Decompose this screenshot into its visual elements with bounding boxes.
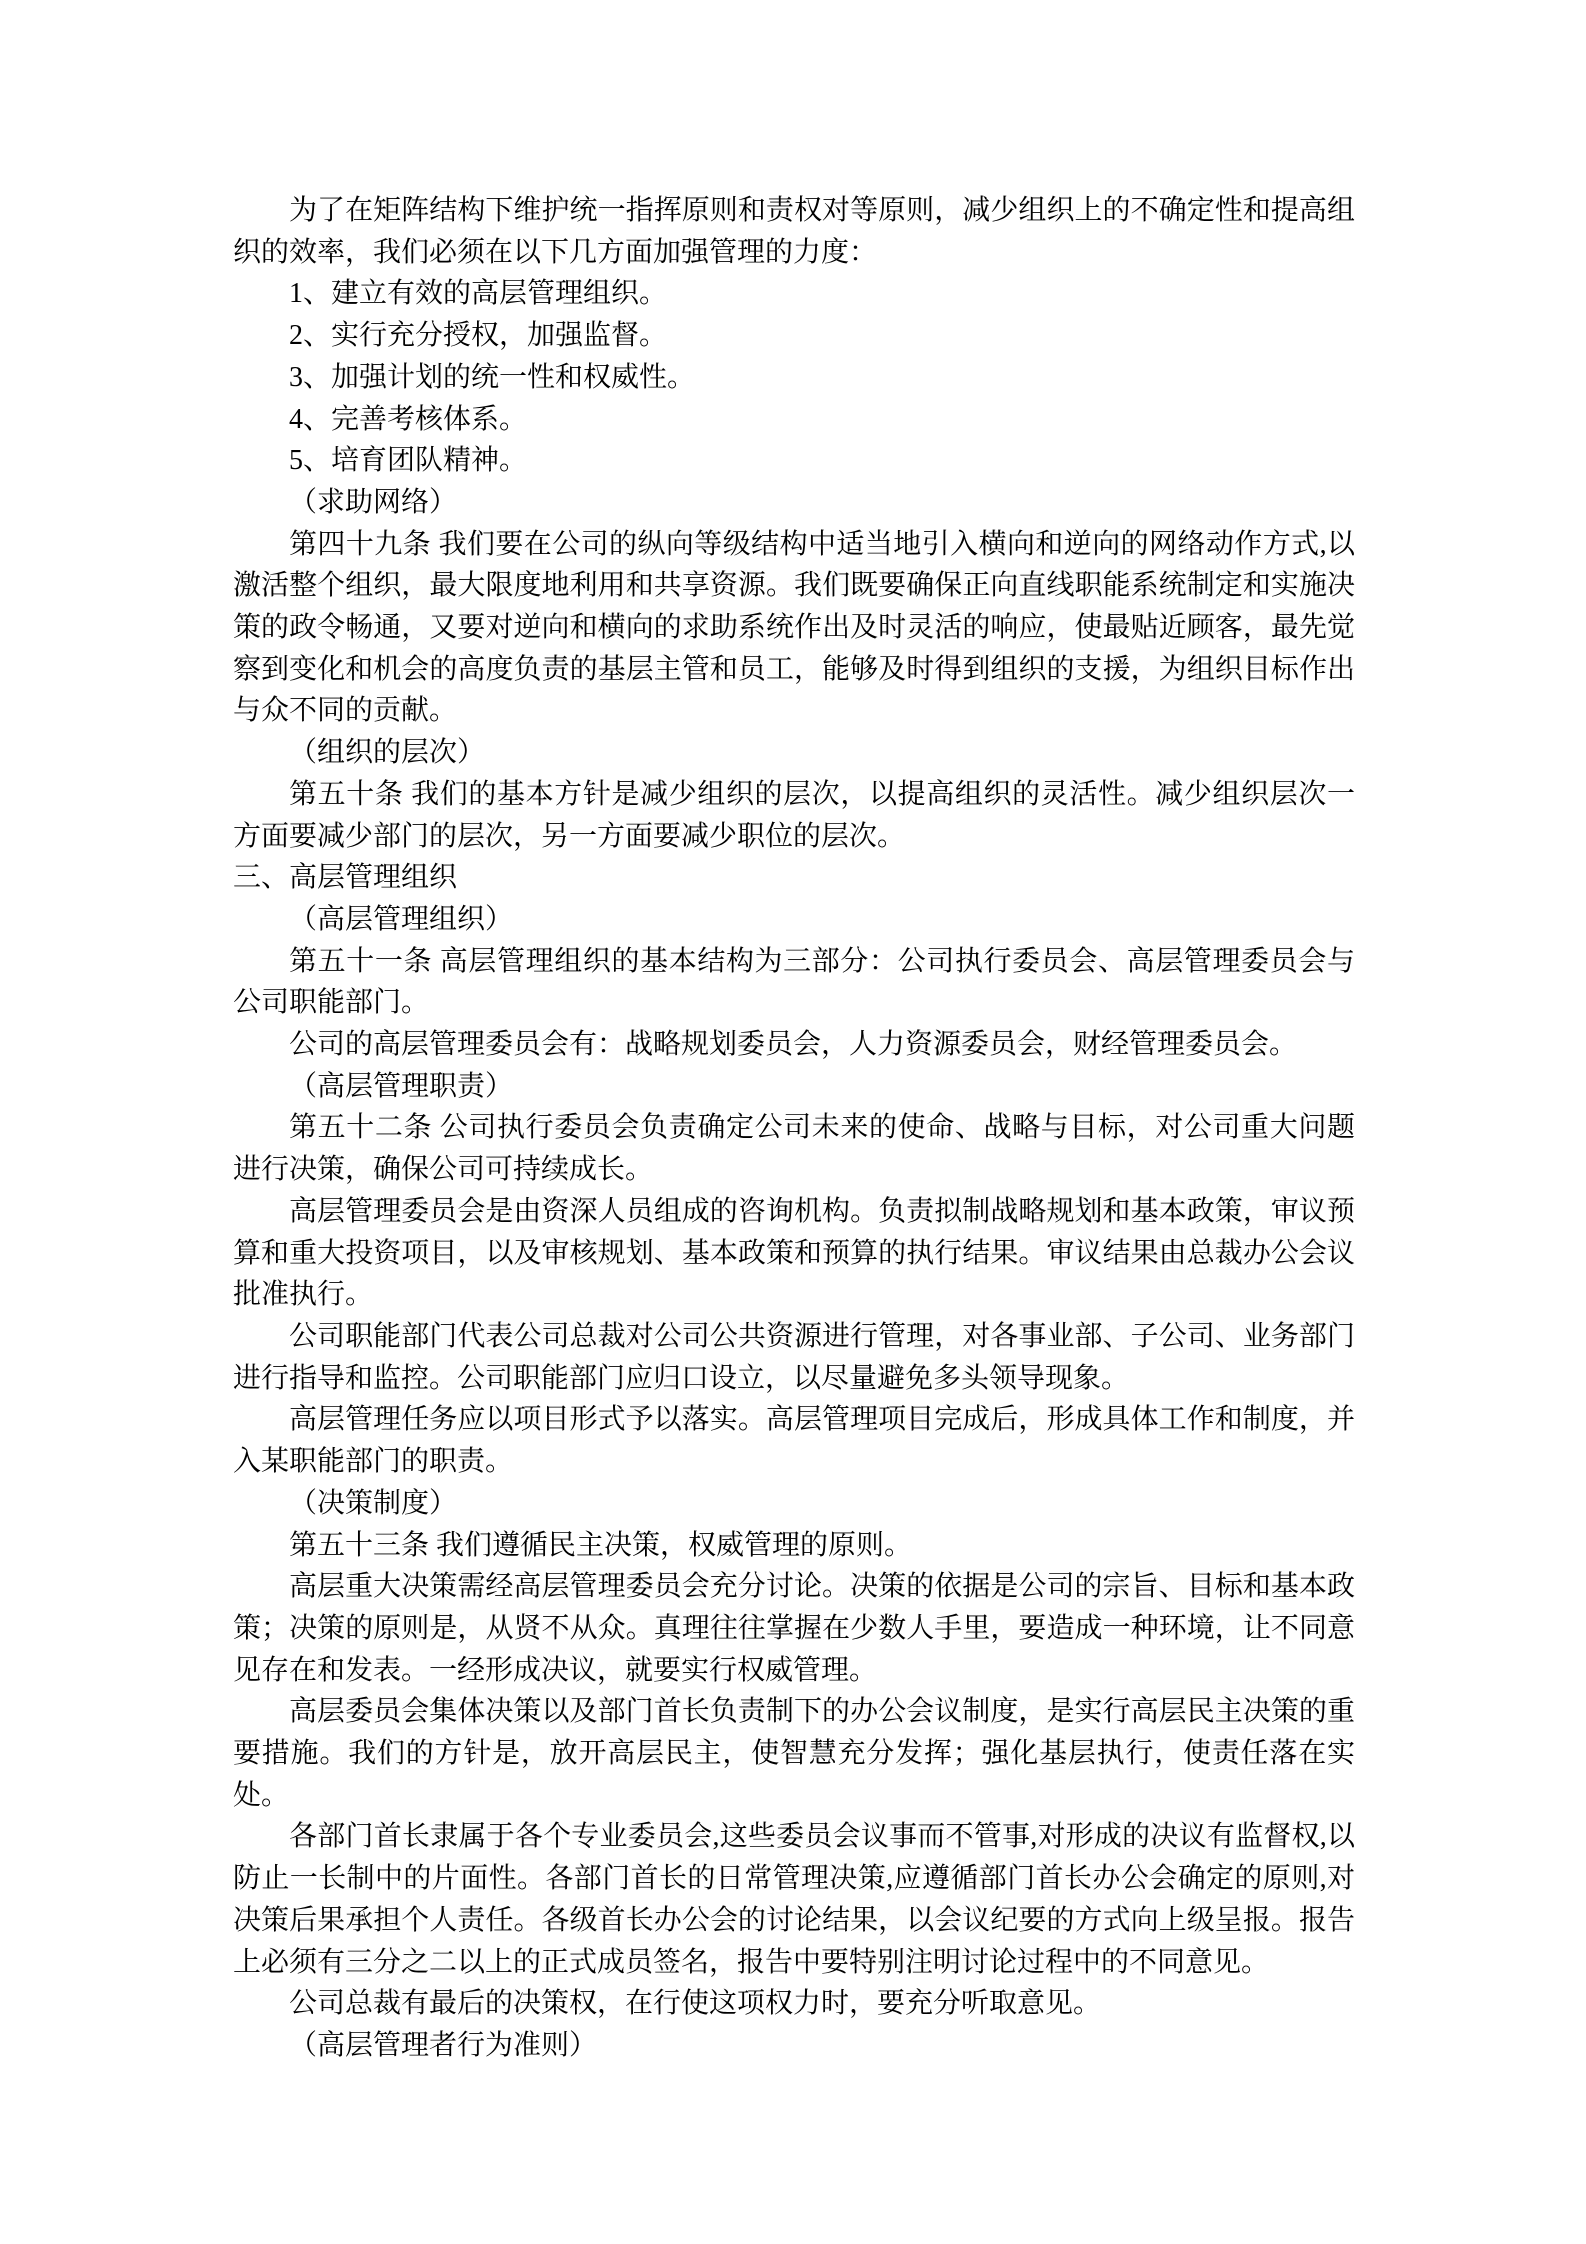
paragraph: 各部门首长隶属于各个专业委员会,这些委员会议事而不管事,对形成的决议有监督权,以… xyxy=(233,1816,1355,1983)
paragraph: 三、高层管理组织 xyxy=(233,857,1355,899)
paragraph: 公司总裁有最后的决策权，在行使这项权力时，要充分听取意见。 xyxy=(233,1983,1355,2025)
paragraph: 2、实行充分授权，加强监督。 xyxy=(233,315,1355,357)
paragraph: 公司职能部门代表公司总裁对公司公共资源进行管理，对各事业部、子公司、业务部门进行… xyxy=(233,1316,1355,1399)
paragraph: 第四十九条 我们要在公司的纵向等级结构中适当地引入横向和逆向的网络动作方式,以激… xyxy=(233,524,1355,733)
paragraph: （决策制度） xyxy=(233,1483,1355,1525)
paragraph: 高层委员会集体决策以及部门首长负责制下的办公会议制度，是实行高层民主决策的重要措… xyxy=(233,1691,1355,1816)
paragraph: （高层管理组织） xyxy=(233,899,1355,941)
paragraph: （高层管理职责） xyxy=(233,1066,1355,1108)
paragraph: 高层重大决策需经高层管理委员会充分讨论。决策的依据是公司的宗旨、目标和基本政策；… xyxy=(233,1566,1355,1691)
paragraph: 第五十条 我们的基本方针是减少组织的层次，以提高组织的灵活性。减少组织层次一方面… xyxy=(233,774,1355,857)
paragraph: （组织的层次） xyxy=(233,732,1355,774)
paragraph: 高层管理委员会是由资深人员组成的咨询机构。负责拟制战略规划和基本政策，审议预算和… xyxy=(233,1191,1355,1316)
paragraph: 公司的高层管理委员会有：战略规划委员会，人力资源委员会，财经管理委员会。 xyxy=(233,1024,1355,1066)
paragraph: 4、完善考核体系。 xyxy=(233,399,1355,441)
paragraph: 1、建立有效的高层管理组织。 xyxy=(233,273,1355,315)
paragraph: 5、培育团队精神。 xyxy=(233,440,1355,482)
paragraph: （高层管理者行为准则） xyxy=(233,2025,1355,2067)
paragraph: 第五十一条 高层管理组织的基本结构为三部分：公司执行委员会、高层管理委员会与公司… xyxy=(233,941,1355,1024)
paragraph: （求助网络） xyxy=(233,482,1355,524)
paragraph: 第五十二条 公司执行委员会负责确定公司未来的使命、战略与目标，对公司重大问题进行… xyxy=(233,1107,1355,1190)
document-body: 为了在矩阵结构下维护统一指挥原则和责权对等原则，减少组织上的不确定性和提高组织的… xyxy=(233,190,1355,2067)
paragraph: 为了在矩阵结构下维护统一指挥原则和责权对等原则，减少组织上的不确定性和提高组织的… xyxy=(233,190,1355,273)
paragraph: 第五十三条 我们遵循民主决策，权威管理的原则。 xyxy=(233,1525,1355,1567)
document-page: 为了在矩阵结构下维护统一指挥原则和责权对等原则，减少组织上的不确定性和提高组织的… xyxy=(0,0,1586,2244)
paragraph: 高层管理任务应以项目形式予以落实。高层管理项目完成后，形成具体工作和制度，并入某… xyxy=(233,1399,1355,1482)
paragraph: 3、加强计划的统一性和权威性。 xyxy=(233,357,1355,399)
